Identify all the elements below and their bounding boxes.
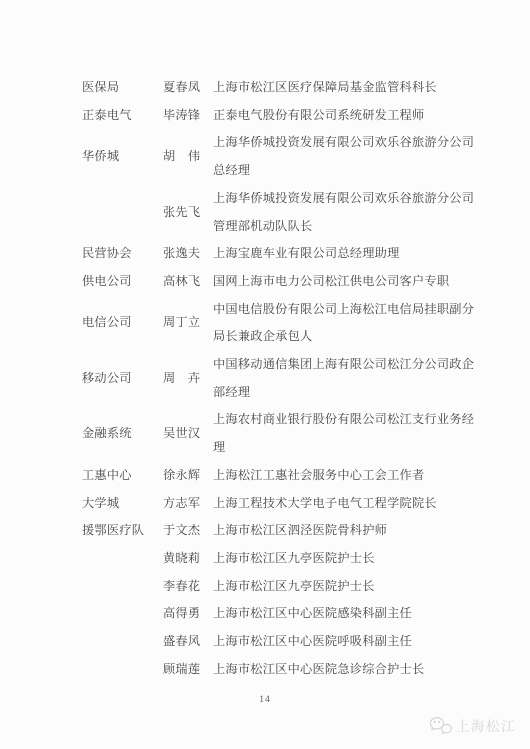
name-cell: 盛春风 (163, 628, 213, 656)
name-cell: 胡 伟 (163, 143, 213, 171)
position-cell: 上海农村商业银行股份有限公司松江支行业务经理 (213, 406, 475, 461)
position-cell: 中国移动通信集团上海有限公司松江分公司政企部经理 (213, 351, 475, 406)
org-cell: 大学城 (82, 490, 163, 518)
table-row: 电信公司 周丁立 中国电信股份有限公司上海松江电信局挂职副分局长兼政企承包人 (82, 296, 475, 351)
position-cell: 上海市松江区九亭医院护士长 (213, 573, 475, 601)
name-cell: 徐永辉 (163, 462, 213, 490)
document-page: 医保局 夏春凤 上海市松江区医疗保障局基金监管科科长 正泰电气 毕涛锋 正泰电气… (0, 0, 530, 749)
table-row: 高得勇 上海市松江区中心医院感染科副主任 (82, 600, 475, 628)
org-cell: 医保局 (82, 74, 163, 102)
position-cell: 上海工程技术大学电子电气工程学院院长 (213, 490, 475, 518)
name-cell: 李春花 (163, 573, 213, 601)
table-row: 金融系统 吴世汉 上海农村商业银行股份有限公司松江支行业务经理 (82, 406, 475, 461)
position-cell: 上海市松江区中心医院急诊综合护士长 (213, 656, 475, 684)
position-cell: 中国电信股份有限公司上海松江电信局挂职副分局长兼政企承包人 (213, 296, 475, 351)
page-number: 14 (0, 695, 530, 705)
name-cell: 周 卉 (163, 365, 213, 393)
table-row: 医保局 夏春凤 上海市松江区医疗保障局基金监管科科长 (82, 74, 475, 102)
table-row: 顾瑞莲 上海市松江区中心医院急诊综合护士长 (82, 656, 475, 684)
name-cell: 夏春凤 (163, 74, 213, 102)
table-row: 援鄂医疗队 于文杰 上海市松江区泗泾医院骨科护师 (82, 517, 475, 545)
org-cell: 正泰电气 (82, 102, 163, 130)
name-cell: 张逸夫 (163, 240, 213, 268)
name-cell: 高得勇 (163, 600, 213, 628)
position-cell: 上海华侨城投资发展有限公司欢乐谷旅游分公司总经理 (213, 129, 475, 184)
position-cell: 上海市松江区医疗保障局基金监管科科长 (213, 74, 475, 102)
table-row: 李春花 上海市松江区九亭医院护士长 (82, 573, 475, 601)
org-cell: 工惠中心 (82, 462, 163, 490)
name-cell: 顾瑞莲 (163, 656, 213, 684)
table-row: 工惠中心 徐永辉 上海松江工惠社会服务中心工会工作者 (82, 462, 475, 490)
name-cell: 吴世汉 (163, 420, 213, 448)
org-cell: 华侨城 (82, 143, 163, 171)
org-cell: 电信公司 (82, 309, 163, 337)
position-cell: 上海宝鹿车业有限公司总经理助理 (213, 240, 475, 268)
org-cell: 金融系统 (82, 420, 163, 448)
position-cell: 上海松江工惠社会服务中心工会工作者 (213, 462, 475, 490)
position-cell: 上海市松江区中心医院呼吸科副主任 (213, 628, 475, 656)
wechat-icon (429, 716, 453, 735)
name-cell: 张先飞 (163, 199, 213, 227)
watermark-label: 上海松江 (456, 715, 516, 735)
name-cell: 方志军 (163, 490, 213, 518)
org-cell: 民营协会 (82, 240, 163, 268)
table-row: 华侨城 胡 伟 上海华侨城投资发展有限公司欢乐谷旅游分公司总经理 (82, 129, 475, 184)
name-cell: 黄晓莉 (163, 545, 213, 573)
position-cell: 上海市松江区中心医院感染科副主任 (213, 600, 475, 628)
position-cell: 上海市松江区泗泾医院骨科护师 (213, 517, 475, 545)
table-row: 大学城 方志军 上海工程技术大学电子电气工程学院院长 (82, 490, 475, 518)
name-cell: 于文杰 (163, 517, 213, 545)
table-row: 移动公司 周 卉 中国移动通信集团上海有限公司松江分公司政企部经理 (82, 351, 475, 406)
org-cell: 援鄂医疗队 (82, 517, 163, 545)
table-row: 盛春风 上海市松江区中心医院呼吸科副主任 (82, 628, 475, 656)
position-cell: 国网上海市电力公司松江供电公司客户专职 (213, 268, 475, 296)
position-cell: 上海市松江区九亭医院护士长 (213, 545, 475, 573)
name-cell: 周丁立 (163, 309, 213, 337)
table-row: 民营协会 张逸夫 上海宝鹿车业有限公司总经理助理 (82, 240, 475, 268)
table-row: 张先飞 上海华侨城投资发展有限公司欢乐谷旅游分公司管理部机动队队长 (82, 185, 475, 240)
name-cell: 高林飞 (163, 268, 213, 296)
roster-table: 医保局 夏春凤 上海市松江区医疗保障局基金监管科科长 正泰电气 毕涛锋 正泰电气… (82, 74, 475, 683)
name-cell: 毕涛锋 (163, 102, 213, 130)
table-row: 供电公司 高林飞 国网上海市电力公司松江供电公司客户专职 (82, 268, 475, 296)
org-cell: 移动公司 (82, 365, 163, 393)
table-row: 黄晓莉 上海市松江区九亭医院护士长 (82, 545, 475, 573)
position-cell: 上海华侨城投资发展有限公司欢乐谷旅游分公司管理部机动队队长 (213, 185, 475, 240)
position-cell: 正泰电气股份有限公司系统研发工程师 (213, 102, 475, 130)
table-row: 正泰电气 毕涛锋 正泰电气股份有限公司系统研发工程师 (82, 102, 475, 130)
org-cell: 供电公司 (82, 268, 163, 296)
watermark: 上海松江 (429, 715, 516, 735)
